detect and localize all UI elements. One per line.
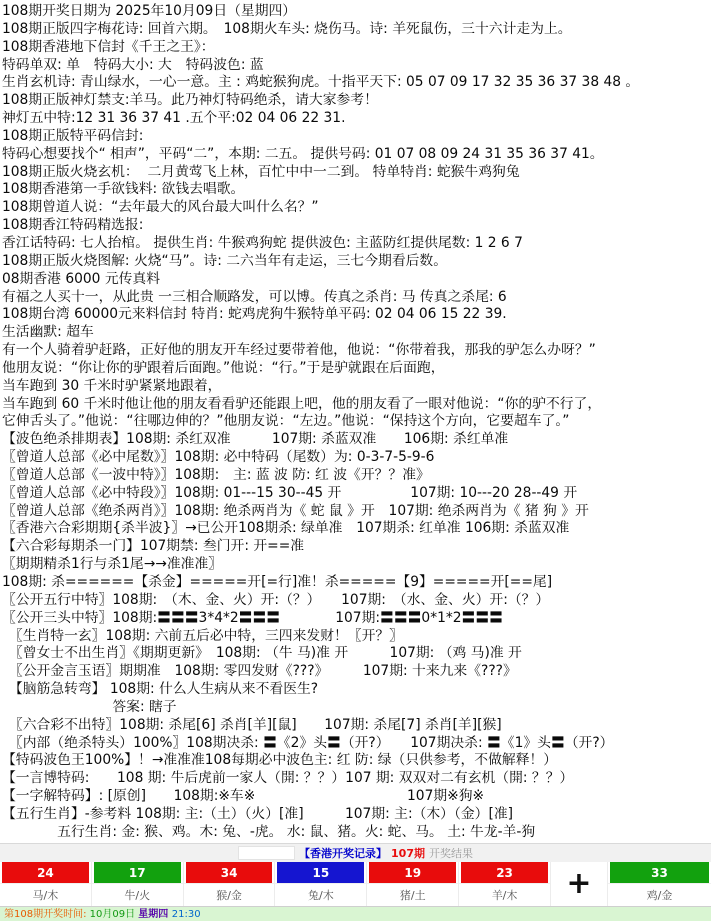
text-line: 【一言博特码: 108 期: 牛后虎前一家人（開: ？？）107 期: 双双对二…: [2, 770, 711, 788]
ball-number: 19: [369, 862, 456, 883]
plus-icon: +: [566, 862, 591, 906]
issue-search-input[interactable]: [238, 846, 295, 860]
text-line: 108期香江特码精选报:: [2, 217, 711, 235]
text-line: 108期正版特平码信封:: [2, 128, 711, 146]
plus-separator-cell: +: [551, 862, 608, 906]
text-line: 【六合彩每期杀一门】107期禁: 叁门开: 开==准: [2, 538, 711, 556]
text-line: 〖曾道人总部《绝杀两肖》〗108期: 绝杀两肖为《 蛇 鼠 》开 107期: 绝…: [2, 503, 711, 521]
result-ball-cell: 34猴/金: [184, 862, 276, 906]
ball-zodiac-label: 兔/木: [275, 883, 366, 906]
text-line: 【波色绝杀排期表】108期: 杀红双准 107期: 杀蓝双准 106期: 杀红单…: [2, 431, 711, 449]
ball-number: 33: [610, 862, 709, 883]
result-ball-cell: 19猪/土: [367, 862, 459, 906]
text-line: 特码单双: 单 特码大小: 大 特码波色: 蓝: [2, 57, 711, 75]
text-line: 〖曾道人总部《一波中特》〗108期: 主: 蓝 波 防: 红 波《开？？准》: [2, 467, 711, 485]
ball-zodiac-label: 猴/金: [184, 883, 275, 906]
text-line: 生活幽默: 超车: [2, 324, 711, 342]
result-ball-cell: 23羊/木: [459, 862, 551, 906]
next-draw-footer: 第108期开奖时间: 10月09日 星期四 21:30: [0, 907, 711, 921]
next-draw-time: 21:30: [172, 909, 201, 920]
text-line: 108期正版火烧图解: 火烧“马”。诗: 二六当年有走运，三七今期看后数。: [2, 253, 711, 271]
next-draw-weekday: 星期四: [138, 909, 171, 920]
next-draw-date: 10月09日: [90, 909, 139, 920]
ball-number: 24: [2, 862, 89, 883]
text-line: 108期曾道人说：“去年最大的风台最大叫什么名？”: [2, 199, 711, 217]
text-line: 【脑筋急转弯】 108期: 什么人生病从来不看医生?: [2, 681, 711, 699]
text-line: 五行生肖: 金: 猴、鸡。木: 兔、-虎。 水: 鼠、猪。火: 蛇、马。 土: …: [2, 824, 711, 842]
text-line: 〖公开金言玉语〗期期准 108期: 零四发财《???》 107期: 十来九来《?…: [2, 663, 711, 681]
ball-zodiac-label: 鸡/金: [608, 883, 711, 906]
ball-number: 23: [461, 862, 548, 883]
text-line: 答案: 瞎子: [2, 699, 711, 717]
ball-zodiac-label: 羊/木: [459, 883, 550, 906]
ball-number: 15: [277, 862, 364, 883]
text-line: 108期香港第一手欲钱料: 欲钱去唱歌。: [2, 181, 711, 199]
ball-zodiac-label: 牛/火: [92, 883, 183, 906]
ball-zodiac-label: 马/木: [0, 883, 91, 906]
text-line: 08期香港 6000 元传真料: [2, 271, 711, 289]
text-line: 〖公开三头中特〗108期:〓〓〓3*4*2〓〓〓 107期:〓〓〓0*1*2〓〓…: [2, 610, 711, 628]
ball-number: 34: [186, 862, 273, 883]
text-line: 〖曾道人总部《必中尾数》〗108期: 必中特码（尾数）为: 0-3-7-5-9-…: [2, 449, 711, 467]
text-line: 108期香港地下信封《千王之王》：: [2, 39, 711, 57]
text-line: 有福之人买十一，从此贵 一三相合顺路发，可以博。传真之杀肖: 马 传真之杀尾: …: [2, 289, 711, 307]
text-line: 108期正版神灯禁支:羊马。此乃神灯特码绝杀，请大家参考！: [2, 92, 711, 110]
text-line: 〖曾道人总部《必中特段》〗108期: 01---15 30--45 开 107期…: [2, 485, 711, 503]
result-ball-cell: 17牛/火: [92, 862, 184, 906]
results-balls: 24马/木17牛/火34猴/金15兔/木19猪/土23羊/木+33鸡/金: [0, 862, 711, 907]
next-draw-label: 第108期开奖时间:: [4, 909, 90, 920]
text-line: 〖公开五行中特〗108期: （木、金、火）开:（？） 107期: （水、金、火）…: [2, 592, 711, 610]
text-line: 他朋友说：“你让你的驴跟着后面跑。”他说：“行。”于是驴就跟在后面跑，: [2, 360, 711, 378]
text-line: 〖期期精杀1行与杀1尾→→准准准〗: [2, 556, 711, 574]
text-line: 神灯五中特:12 31 36 37 41 .五个平:02 04 06 22 31…: [2, 110, 711, 128]
ball-zodiac-label: 猪/土: [367, 883, 458, 906]
lottery-info-page: 108期开奖日期为 2025年10月09日（星期四）108期正版四字梅花诗: 回…: [0, 0, 711, 921]
text-line: 当车跑到 60 千米时他让他的朋友看看驴还能跟上吧，他的朋友看了一眼对他说：“你…: [2, 396, 711, 414]
result-ball-cell: 33鸡/金: [608, 862, 711, 906]
record-issue: 107期: [391, 845, 425, 861]
text-line: 〖香港六合彩期期{杀半波}〗→已公开108期杀: 绿单准 107期杀: 红单准 …: [2, 520, 711, 538]
text-line: 〖六合彩不出特〗108期: 杀尾[6] 杀肖[羊][鼠] 107期: 杀尾[7]…: [2, 717, 711, 735]
text-line: 108期正版火烧玄机： 二月黄莺飞上林，百忙中中一二到。 特单特肖: 蛇猴牛鸡狗…: [2, 164, 711, 182]
results-header: 【香港开奖记录】 107期 开奖结果: [0, 843, 711, 862]
text-line: 108期开奖日期为 2025年10月09日（星期四）: [2, 3, 711, 21]
text-line: 〖内部（绝杀特头）100%〗108期决杀: 〓《2》头〓（开?） 107期决杀:…: [2, 735, 711, 753]
text-line: 特码心想要找个“ 相声”，平码“二”，本期: 二五。 提供号码: 01 07 0…: [2, 146, 711, 164]
text-line: 108期正版四字梅花诗: 回首六期。 108期火车头: 烧伤马。诗: 羊死鼠伤，…: [2, 21, 711, 39]
text-line: 〖生肖特一玄〗108期: 六前五后必中特，三四来发财！〖开？〗: [2, 628, 711, 646]
result-ball-cell: 15兔/木: [275, 862, 367, 906]
ball-number: 17: [94, 862, 181, 883]
text-line: 108期台湾 60000元来料信封 特肖: 蛇鸡虎狗牛猴特单平码: 02 04 …: [2, 306, 711, 324]
text-line: 它伸舌头了。”他说：“往哪边伸的？”他朋友说：“左边。”他说：“保持这个方向，它…: [2, 413, 711, 431]
result-ball-cell: 24马/木: [0, 862, 92, 906]
text-line: 【五行生肖】-参考料 108期: 主:（土）（火）[准] 107期: 主:（木）…: [2, 806, 711, 824]
record-result-label: 开奖结果: [429, 845, 473, 861]
text-lines: 108期开奖日期为 2025年10月09日（星期四）108期正版四字梅花诗: 回…: [0, 0, 711, 843]
text-line: 【一字解特码】: [原创] 108期:※车※ 107期※狗※: [2, 788, 711, 806]
text-line: 〖曾女士不出生肖〗《期期更新》 108期: （牛 马)准 开 107期: （鸡 …: [2, 645, 711, 663]
text-line: 生肖玄机诗: 青山绿水，一心一意。主 : 鸡蛇猴狗虎。十指平天下: 05 07 …: [2, 74, 711, 92]
text-line: 香江话特码: 七人抬棺。 提供生肖: 牛猴鸡狗蛇 提供波色: 主蓝防红提供尾数:…: [2, 235, 711, 253]
text-line: 【特码波色王100%】！→准准准108每期必中波色主: 红 防: 绿（只供参考，…: [2, 752, 711, 770]
text-line: 有一个人骑着驴赶路，正好他的朋友开车经过要带着他，他说：“你带着我，那我的驴怎么…: [2, 342, 711, 360]
text-line: 当车跑到 30 千米时驴紧紧地跟着，: [2, 378, 711, 396]
record-title: 【香港开奖记录】: [299, 845, 387, 861]
text-line: 108期: 杀======【杀金】=====开[=行]准！杀=====【9】==…: [2, 574, 711, 592]
